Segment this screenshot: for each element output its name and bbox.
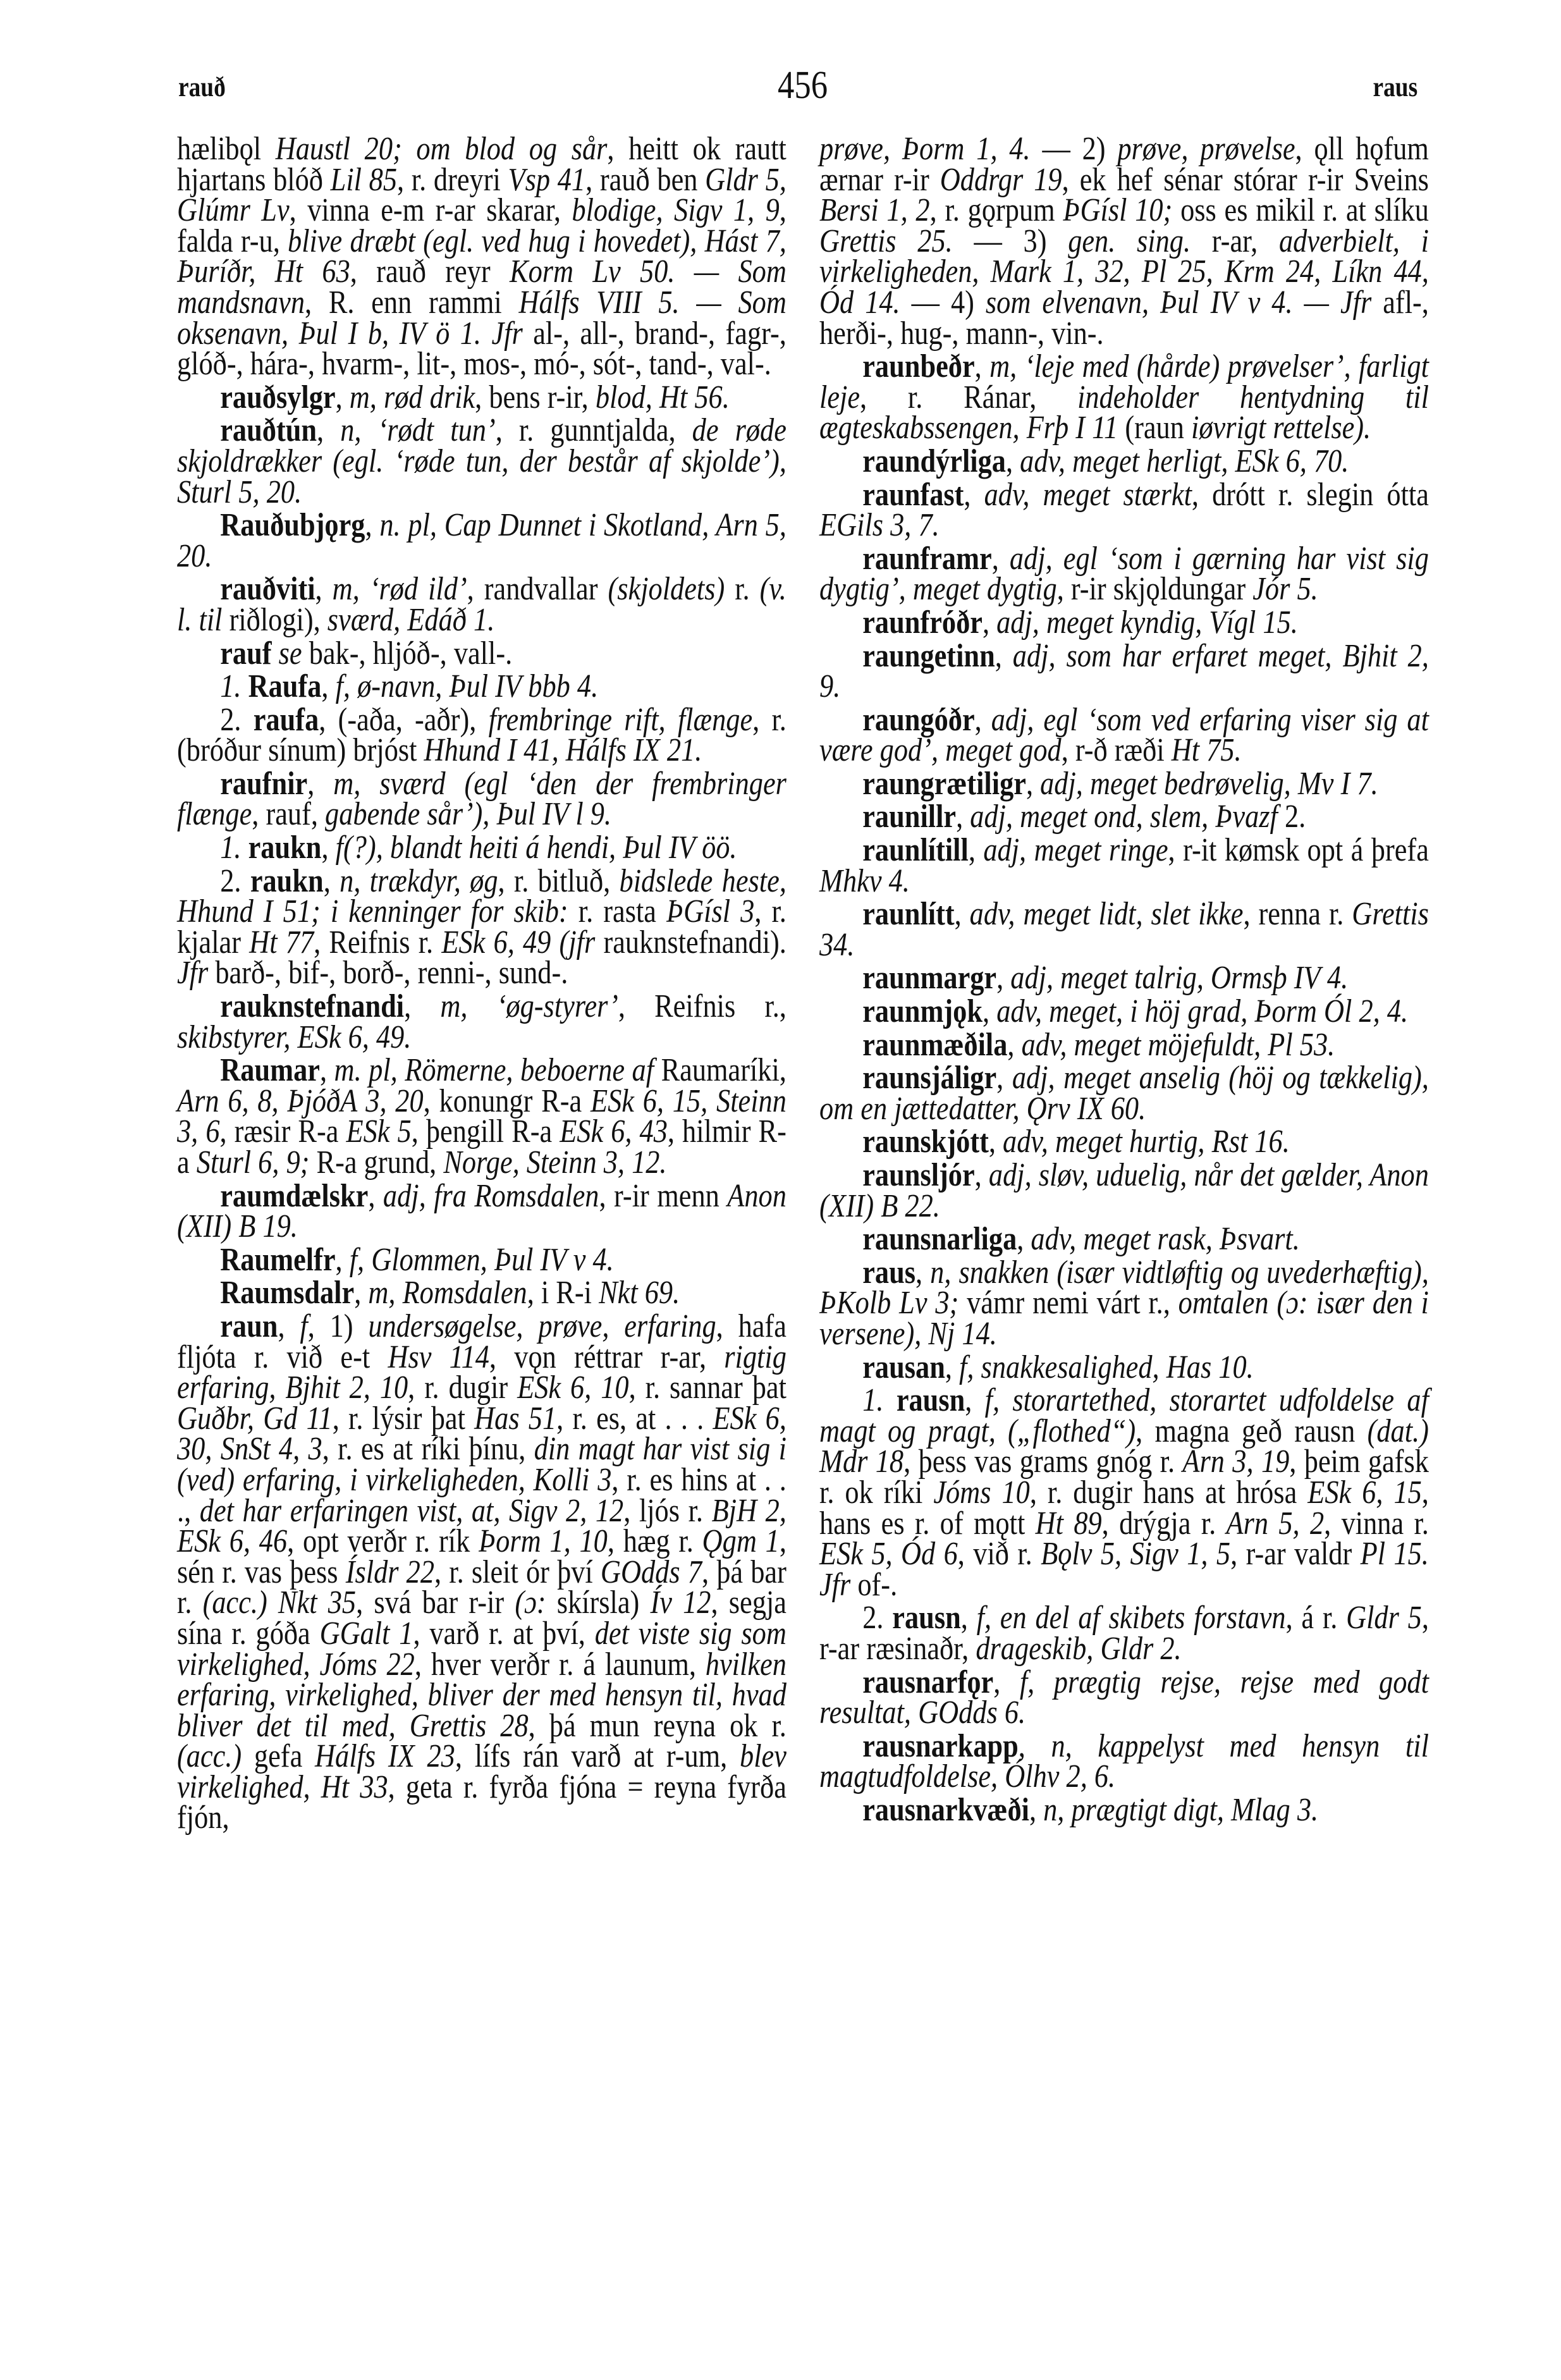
italic-gloss: adv, meget möjefuldt, Pl 53. <box>1022 1027 1335 1063</box>
text: , <box>336 379 350 415</box>
dictionary-entry: 1. rausn, f, storartethed, storartet udf… <box>819 1385 1429 1600</box>
italic-gloss: Norge, Steinn 3, 12. <box>443 1144 666 1181</box>
italic-gloss: adv, meget hurtig, Rst 16. <box>1003 1124 1290 1160</box>
text: , <box>996 960 1010 996</box>
text: , <box>321 830 335 866</box>
dictionary-entry: raufnir, m, sværd (egl ‘den der frembrin… <box>177 769 787 830</box>
left-guide-word: rauð <box>178 71 226 103</box>
headword: raunfróðr <box>862 604 983 641</box>
italic-gloss: m, rød drik <box>350 379 475 415</box>
italic-gloss: n, prægtigt digt, Mlag 3. <box>1043 1792 1318 1828</box>
text: (raun <box>1118 410 1191 446</box>
dictionary-entry: raunlítill, adj, meget ringe, r-it kømsk… <box>819 835 1429 897</box>
dictionary-entry: rausan, f, snakkesalighed, Has 10. <box>819 1353 1429 1383</box>
text: , <box>1007 1027 1021 1063</box>
text: raukn­stefnandi). <box>595 924 787 960</box>
entry-continuation: prøve, Þorm 1, 4. — 2) prøve, prøvelse, … <box>819 134 1429 349</box>
dictionary-entry: raunframr, adj, egl ‘som i gærning har v… <box>819 544 1429 605</box>
dictionary-entry: raungetinn, adj, som har erfaret meget, … <box>819 641 1429 702</box>
italic-gloss: 1. <box>220 668 248 704</box>
italic-gloss: Jór 5. <box>1252 571 1318 607</box>
italic-gloss: adj, meget ond, slem, Þvazf <box>970 799 1278 835</box>
text <box>272 635 279 672</box>
dictionary-entry: raunillr, adj, meget ond, slem, Þvazf 2. <box>819 802 1429 833</box>
text: , r-ar valdr <box>1230 1536 1361 1572</box>
text: , <box>1017 1221 1031 1257</box>
italic-gloss: adj, meget ringe <box>983 832 1168 868</box>
text: r. <box>725 571 759 607</box>
italic-gloss: Gldr 5 <box>1346 1600 1422 1636</box>
page-header: rauð 456 raus <box>178 63 1417 114</box>
italic-gloss: adv, meget stærkt <box>984 477 1192 513</box>
entry-continuation: hælibǫl Haustl 20; om blod og sår, heitt… <box>177 134 787 380</box>
headword: raunillr <box>862 799 956 835</box>
text: , r-ir menn <box>599 1178 727 1214</box>
dictionary-entry: raumdælskr, adj, fra Romsdalen, r-ir men… <box>177 1181 787 1242</box>
italic-gloss: sværd, Edáð 1. <box>328 602 494 638</box>
italic-gloss: Sturl 6, 9; <box>197 1144 310 1181</box>
dictionary-entry: raungóðr, adj, egl ‘som ved erfaring vis… <box>819 705 1429 766</box>
italic-gloss: f(?), blandt heiti á hendi, Þul IV öö. <box>336 830 737 866</box>
dictionary-entry: rausnarfǫr, f, prægtig rejse, rejse med … <box>819 1667 1429 1729</box>
italic-gloss: blod, Ht 56. <box>596 379 730 415</box>
text: , <box>368 1178 383 1214</box>
headword: raundýrliga <box>862 443 1006 479</box>
text: , á r. <box>1286 1600 1347 1636</box>
dictionary-entry: Raumsdalr, m, Romsdalen, i R-i Nkt 69. <box>177 1278 787 1309</box>
text: , <box>354 1275 368 1311</box>
dictionary-entry: rauðviti, m, ‘rød ild’, randvallar (skjo… <box>177 574 787 635</box>
dictionary-entry: 1. Raufa, f, ø-navn, Þul IV bbb 4. <box>177 672 787 702</box>
dictionary-entry: raunmjǫk, adv, meget, i höj grad, Þorm Ó… <box>819 997 1429 1027</box>
italic-gloss: adj, meget bedrøvelig, Mv I 7. <box>1040 766 1378 802</box>
dictionary-entry: 2. rausn, f, en del af skibets forstavn,… <box>819 1603 1429 1664</box>
text: barð-, bif-, borð-, renni-, sund-. <box>208 955 568 991</box>
text: , <box>956 799 970 835</box>
italic-gloss: (skjoldets) <box>608 571 725 607</box>
text: , r-it kømsk opt á þrefa <box>1168 832 1429 868</box>
text: , <box>989 1124 1003 1160</box>
headword: raunsnarliga <box>862 1221 1017 1257</box>
headword: rauðsylgr <box>220 379 335 415</box>
dictionary-entry: rauðsylgr, m, rød drik, bens r-ir, blod,… <box>177 383 787 414</box>
text: , r-ir skjǫldungar <box>1057 571 1253 607</box>
right-column: prøve, Þorm 1, 4. — 2) prøve, prøvelse, … <box>819 134 1429 1828</box>
headword: raunmargr <box>862 960 996 996</box>
italic-gloss: Nkt 69. <box>599 1275 680 1311</box>
dictionary-entry: raunsnarliga, adv, meget rask, Þsvart. <box>819 1224 1429 1255</box>
italic-gloss: adv, meget rask, Þsvart. <box>1031 1221 1299 1257</box>
text: , renna r. <box>1243 896 1352 932</box>
text: , við r. <box>958 1536 1041 1572</box>
text: , <box>1006 443 1020 479</box>
text: , rauf, <box>252 796 325 832</box>
italic-gloss: adv, meget herligt, ESk 6, 70. <box>1020 443 1349 479</box>
text: , <box>955 896 970 932</box>
text: , bens r-ir, <box>475 379 596 415</box>
headword: raungrætiligr <box>862 766 1026 802</box>
headword: Raumsdalr <box>220 1275 354 1311</box>
italic-gloss: Hhund I 41, Hálfs IX 21. <box>424 732 702 768</box>
italic-gloss: drageskib, Gldr 2. <box>976 1631 1181 1667</box>
dictionary-entry: 2. raukn, n, trækdyr, øg, r. bitluð, bid… <box>177 866 787 989</box>
italic-gloss: f, snakkesalighed, Has 10. <box>959 1349 1254 1385</box>
dictionary-entry: raungrætiligr, adj, meget bedrøvelig, Mv… <box>819 769 1429 800</box>
text: riðlogi), <box>222 602 327 638</box>
headword: rausnarkvæði <box>862 1792 1029 1828</box>
italic-gloss: m, ‘øg-styrer’ <box>440 988 618 1024</box>
text: , <box>945 1349 959 1385</box>
text: , <box>365 507 379 543</box>
italic-gloss: f, ø-navn, Þul IV bbb 4. <box>336 668 599 704</box>
italic-gloss: Ht 75. <box>1172 732 1242 768</box>
left-column: hælibǫl Haustl 20; om blod og sår, heitt… <box>177 134 787 1836</box>
headword: Raufa <box>248 668 322 704</box>
dictionary-entry: 2. raufa, (-aða, -aðr), frembringe rift,… <box>177 705 787 766</box>
right-guide-word: raus <box>1373 71 1417 103</box>
dictionary-entry: Raumelfr, f, Glommen, Þul IV v 4. <box>177 1245 787 1276</box>
italic-gloss: Mhkv 4. <box>819 863 910 899</box>
italic-gloss: adj, meget talrig, Ormsþ IV 4. <box>1010 960 1348 996</box>
italic-gloss: skibstyrer, ESk 6, 49. <box>177 1019 411 1055</box>
dictionary-entry: raundýrliga, adv, meget herligt, ESk 6, … <box>819 446 1429 477</box>
headword: raukn <box>248 830 322 866</box>
text: , <box>975 1157 989 1193</box>
dictionary-entry: Raumar, m. pl, Römerne, beboerne af Raum… <box>177 1055 787 1178</box>
page-number: 456 <box>778 63 828 108</box>
text: of-. <box>850 1567 897 1603</box>
text: , <box>964 477 984 513</box>
dictionary-entry: raus, n, snakken (især vidtløftig og uve… <box>819 1258 1429 1350</box>
text: , <box>969 832 984 868</box>
text: , <box>321 668 335 704</box>
dictionary-entry: Rauðubjǫrg, n. pl, Cap Dunnet i Skotland… <box>177 510 787 572</box>
text: , <box>336 1242 350 1278</box>
text: , <box>983 604 996 641</box>
italic-gloss: iøvrigt rettelse). <box>1191 410 1371 446</box>
headword: rausan <box>862 1349 945 1385</box>
text: , Reifnis r., <box>618 988 787 1024</box>
italic-gloss: 1. <box>220 830 248 866</box>
italic-gloss: f, Glommen, Þul IV v 4. <box>350 1242 614 1278</box>
headword: rauf <box>220 635 271 672</box>
italic-gloss: gabende sår’), Þul IV l 9. <box>325 796 611 832</box>
italic-gloss: Jfr <box>177 955 208 991</box>
italic-gloss: EGils 3, 7. <box>819 507 940 543</box>
dictionary-entry: raunskjótt, adv, meget hurtig, Rst 16. <box>819 1127 1429 1158</box>
dictionary-entry: raun, f, 1) undersøgelse, prøve, erfarin… <box>177 1311 787 1834</box>
text: bak-, hljóð-, vall-. <box>302 635 513 672</box>
italic-gloss: Bǫlv 5, Sigv 1, 5 <box>1041 1536 1230 1572</box>
dictionary-entry: rauf se bak-, hljóð-, vall-. <box>177 639 787 670</box>
text: , <box>1029 1792 1043 1828</box>
dictionary-entry: raunsljór, adj, sløv, uduelig, når det g… <box>819 1160 1429 1222</box>
text: , <box>983 993 996 1029</box>
text: , <box>1026 766 1040 802</box>
text: , i R-i <box>527 1275 599 1311</box>
text: , drótt r. slegin ótta <box>1192 477 1429 513</box>
dictionary-entry: rausnarkapp, n, kappelyst med hensyn til… <box>819 1731 1429 1793</box>
italic-gloss: adj, fra Romsdalen <box>383 1178 599 1214</box>
text: 2. <box>1278 799 1306 835</box>
dictionary-entry: raukn­stefnandi, m, ‘øg-styrer’, Reifnis… <box>177 991 787 1053</box>
headword: Raumelfr <box>220 1242 335 1278</box>
italic-gloss: adj, meget kyndig, Vígl 15. <box>996 604 1298 641</box>
dictionary-entry: raunsjáligr, adj, meget anselig (höj og … <box>819 1063 1429 1124</box>
text: R-a grund, <box>309 1144 443 1181</box>
dictionary-entry: rausnarkvæði, n, prægtigt digt, Mlag 3. <box>819 1795 1429 1826</box>
headword: Rauðubjǫrg <box>220 507 365 543</box>
dictionary-entry: raunmargr, adj, meget talrig, Ormsþ IV 4… <box>819 963 1429 994</box>
text: , <box>995 638 1013 674</box>
headword: raungetinn <box>862 638 995 674</box>
headword: raunmæðila <box>862 1027 1007 1063</box>
headword: raunskjótt <box>862 1124 989 1160</box>
italic-gloss: m, Romsdalen <box>368 1275 527 1311</box>
dictionary-entry: raunmæðila, adv, meget möjefuldt, Pl 53. <box>819 1030 1429 1061</box>
dictionary-entry: raunbeðr, m, ‘leje med (hårde) prøvelser… <box>819 352 1429 444</box>
italic-gloss: se <box>279 635 302 672</box>
dictionary-entry: raunlítt, adv, meget lidt, slet ikke, re… <box>819 899 1429 960</box>
italic-gloss: adv, meget, i höj grad, Þorm Ól 2, 4. <box>996 993 1408 1029</box>
dictionary-entry: 1. raukn, f(?), blandt heiti á hendi, Þu… <box>177 833 787 864</box>
dictionary-entry: raunfróðr, adj, meget kyndig, Vígl 15. <box>819 608 1429 639</box>
dictionary-entry: raunfast, adv, meget stærkt, drótt r. sl… <box>819 480 1429 541</box>
italic-gloss: adv, meget lidt, slet ikke <box>970 896 1244 932</box>
text: , r-ð ræði <box>1062 732 1172 768</box>
dictionary-entry: rauðtún, n, ‘rødt tun’, r. gunntjalda, d… <box>177 415 787 508</box>
headword: raunlítt <box>862 896 954 932</box>
headword: raunmjǫk <box>862 993 983 1029</box>
